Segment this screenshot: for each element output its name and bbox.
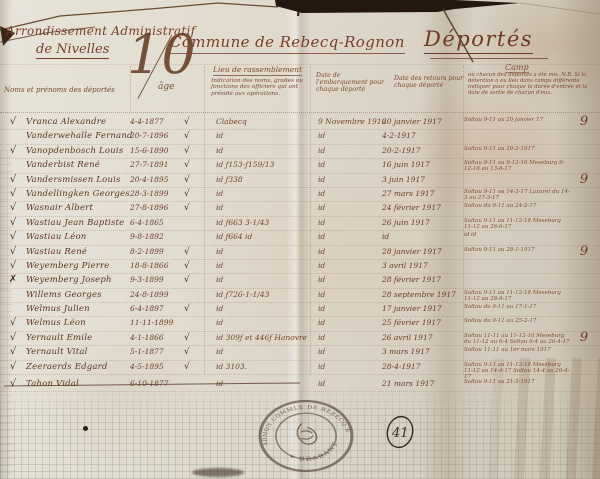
birth-date: 6-4-1897 xyxy=(130,303,184,315)
embarkation-date: id xyxy=(308,231,382,243)
deportee-name: Vandellingken Georges xyxy=(26,188,130,200)
table-row: √ Vandellingken Georges 28-3-1899 √ id i… xyxy=(0,188,600,202)
return-date: 3 mars 1917 xyxy=(382,346,464,358)
deportee-name: Welmus Léon xyxy=(26,317,130,329)
embarkation-date: id xyxy=(308,303,382,315)
birth-date: 6-4-1865 xyxy=(130,217,184,229)
camp-detail xyxy=(464,260,570,261)
embarkation-date: id xyxy=(308,274,382,286)
embarkation-date: id xyxy=(308,378,382,390)
row-check-mid: √ xyxy=(184,332,202,344)
col-header-return: Date des retours pour chaque déporté xyxy=(394,76,472,90)
table-row: √ Wastiau Jean Baptiste 6-4-1865 id ƒ663… xyxy=(0,217,600,231)
camp-detail: id id xyxy=(464,231,570,238)
camp-detail: Soltau 9-11 au 20 janvier 17 xyxy=(464,116,570,123)
row-check-mid: √ xyxy=(184,346,202,358)
row-check-mid: √ xyxy=(184,174,202,186)
row-check-mid: √ xyxy=(184,202,202,214)
embarkation-date: id xyxy=(308,145,382,157)
embarkation-date: id xyxy=(308,188,382,200)
margin-flourish: 9 xyxy=(570,116,598,128)
row-check-left: √ xyxy=(0,260,26,272)
embarkation-date: id xyxy=(308,202,382,214)
birth-date: 11-11-1899 xyxy=(130,317,184,329)
birth-date: 9-8-1892 xyxy=(130,231,184,243)
table-row: Welmus Julien 6-4-1897 √ id id 17 janvie… xyxy=(0,303,600,317)
deportee-name: Vandersmissen Louis xyxy=(26,174,130,186)
deportee-name: Wasnair Albert xyxy=(26,202,130,214)
assembly-place: id xyxy=(202,317,308,329)
deportee-name: Vranca Alexandre xyxy=(26,116,130,128)
return-date: 28 septembre 1917 xyxy=(382,289,464,301)
stamp-coat-of-arms xyxy=(294,422,318,446)
row-check-left: √ xyxy=(0,378,26,390)
return-date: 16 juin 1917 xyxy=(382,159,464,171)
table-row: Vanderbist René 27-7-1891 √ id ƒ153-ƒ159… xyxy=(0,159,600,173)
camp-detail: Soltau 9-11 au 11-12-16 Meseburg 11-12 a… xyxy=(464,289,570,302)
circled-number-value: 41 xyxy=(391,426,409,441)
table-row: √ Tahon Vidal 6-10-1877 id id 21 mars 19… xyxy=(0,378,600,392)
camp-detail: Soltau 9-11 au 20-2-1917 xyxy=(464,145,570,152)
deportee-name: Weyemberg Joseph xyxy=(26,274,130,286)
row-check-mid: √ xyxy=(184,188,202,200)
assembly-place: id ƒ726-1-1/43 xyxy=(202,289,308,301)
table-top-rule xyxy=(0,112,600,113)
deportee-name: Vanderwehalle Fernand xyxy=(26,130,130,142)
camp-detail: Soltau 9-11 au 9-12-16 Meseburg 9-12-16 … xyxy=(464,159,570,172)
deportee-name: Weyemberg Pierre xyxy=(26,260,130,272)
return-date: 27 mars 1917 xyxy=(382,188,464,200)
assembly-place: id xyxy=(202,274,308,286)
row-check-left: √ xyxy=(0,246,26,258)
assembly-place: id xyxy=(202,303,308,315)
birth-date: 8-2-1899 xyxy=(130,246,184,258)
embarkation-date: id xyxy=(308,361,382,373)
deportee-name: Willems Georges xyxy=(26,289,130,301)
camp-detail: Soltau du 9-11 au 24-2-17 xyxy=(464,202,570,209)
embarkation-date: id xyxy=(308,246,382,258)
embarkation-date: id xyxy=(308,317,382,329)
assembly-place: id xyxy=(202,260,308,272)
deportee-name: Wastiau Léon xyxy=(26,231,130,243)
table-row: √ Yernault Vital 5-1-1877 √ id id 3 mars… xyxy=(0,346,600,360)
document-sheet: Arrondissement Administratif de Nivelles… xyxy=(0,0,600,479)
row-check-mid: √ xyxy=(184,260,202,272)
embarkation-date: id xyxy=(308,346,382,358)
deportee-name: Yernault Vital xyxy=(26,346,130,358)
assembly-place: Clabecq xyxy=(202,116,308,128)
row-check-left: √ xyxy=(0,231,26,243)
table-row: √ Wastiau Léon 9-8-1892 id ƒ664 id id id… xyxy=(0,231,600,245)
return-date: 20-2-1917 xyxy=(382,145,464,157)
row-check-left: √ xyxy=(0,116,26,128)
embarkation-date: 9 Novembre 1916 xyxy=(308,116,382,128)
row-check-left: √ xyxy=(0,346,26,358)
return-date: id xyxy=(382,231,464,243)
margin-flourish: 9 xyxy=(570,246,598,258)
return-date: 17 janvier 1917 xyxy=(382,303,464,315)
return-date: 25 février 1917 xyxy=(382,317,464,329)
birth-date: 28-3-1899 xyxy=(130,188,184,200)
row-check-left: √ xyxy=(0,174,26,186)
row-check-left: √ xyxy=(0,332,26,344)
return-date: 24 février 1917 xyxy=(382,202,464,214)
deportee-name: Wastiau Jean Baptiste xyxy=(26,217,130,229)
col-header-lieu-note: Indication des noms, grades ou fonctions… xyxy=(211,78,315,97)
birth-date: 9-3-1899 xyxy=(130,274,184,286)
row-check-left: √ xyxy=(0,145,26,157)
assembly-place: id xyxy=(202,130,308,142)
assembly-place: id xyxy=(202,202,308,214)
row-check-mid: √ xyxy=(184,361,202,373)
camp-detail: Soltau du 9-11 au 25-2-17 xyxy=(464,317,570,324)
birth-date: 27-8-1896 xyxy=(130,202,184,214)
return-date: 28-4-1917 xyxy=(382,361,464,373)
assembly-place: id ƒ663 3-1/43 xyxy=(202,217,308,229)
row-check-left: √ xyxy=(0,188,26,200)
row-check-mid: √ xyxy=(184,303,202,315)
row-check-mid: √ xyxy=(184,246,202,258)
row-check-left: √ xyxy=(0,202,26,214)
birth-date: 4-1-1866 xyxy=(130,332,184,344)
camp-detail: Soltau 9-11 au 11-12-16 Meseburg 11-12 a… xyxy=(464,217,570,230)
region-subtitle: de Nivelles xyxy=(36,42,109,59)
camp-detail: Soltau 9-11 au 21-3-1917 xyxy=(464,378,570,385)
assembly-place: id ƒ153-ƒ159/13 xyxy=(202,159,308,171)
assembly-place: id 3103. xyxy=(202,361,308,373)
assembly-place: id 309ƒ et 446ƒ Hanovre xyxy=(202,332,308,344)
assembly-place: id xyxy=(202,145,308,157)
return-date: 3 juin 1917 xyxy=(382,174,464,186)
table-row: √ Yernault Emile 4-1-1866 √ id 309ƒ et 4… xyxy=(0,332,600,346)
embarkation-date: id xyxy=(308,159,382,171)
camp-detail: Soltau 9-11 au 14-3-17 Lazaret du 14-3 a… xyxy=(464,188,570,201)
ink-smudge xyxy=(192,468,244,477)
deportee-name: Vanderbist René xyxy=(26,159,130,171)
birth-date: 4-4-1877 xyxy=(130,116,184,128)
deportee-name: Zeeraerds Edgard xyxy=(26,361,130,373)
camp-detail xyxy=(464,174,570,175)
column-separator xyxy=(130,66,131,112)
col-header-lieu-title: Lieu de rassemblement xyxy=(213,65,302,76)
table-row: √ Welmus Léon 11-11-1899 id id 25 févrie… xyxy=(0,317,600,331)
assembly-place: id xyxy=(202,246,308,258)
birth-date: 5-1-1877 xyxy=(130,346,184,358)
camp-detail xyxy=(464,130,570,131)
camp-detail: Soltau 9-11 au 28-1-1917 xyxy=(464,246,570,253)
assembly-place: id ƒ338 xyxy=(202,174,308,186)
return-date: 20 janvier 1917 xyxy=(382,116,464,128)
col-header-age: âge xyxy=(158,82,174,92)
embarkation-date: id xyxy=(308,332,382,344)
deportee-name: Tahon Vidal xyxy=(26,378,130,390)
table-row: √ Weyemberg Pierre 18-8-1866 √ id id 3 a… xyxy=(0,260,600,274)
row-check-mid: √ xyxy=(184,130,202,142)
ink-dot xyxy=(83,426,88,431)
return-date: 4-2-1917 xyxy=(382,130,464,142)
deportee-name: Vanopdenbosch Louis xyxy=(26,145,130,157)
assembly-place: id xyxy=(202,188,308,200)
table-rows: √ Vranca Alexandre 4-4-1877 √ Clabecq 9 … xyxy=(0,116,600,392)
return-date: 26 avril 1917 xyxy=(382,332,464,344)
embarkation-date: id xyxy=(308,289,382,301)
row-check-left: √ xyxy=(0,317,26,329)
return-date: 28 janvier 1917 xyxy=(382,246,464,258)
return-date: 26 juin 1917 xyxy=(382,217,464,229)
table-row: √ Zeeraerds Edgard 4-5-1895 √ id 3103. i… xyxy=(0,361,600,375)
deportee-name: Welmus Julien xyxy=(26,303,130,315)
birth-date: 27-7-1891 xyxy=(130,159,184,171)
table-row: √ Vandersmissen Louis 20-4-1895 √ id ƒ33… xyxy=(0,174,600,188)
birth-date: 15-6-1890 xyxy=(130,145,184,157)
circled-number: 41 xyxy=(383,412,417,452)
birth-date: 18-8-1866 xyxy=(130,260,184,272)
deportee-name: Wastiau René xyxy=(26,246,130,258)
col-header-embarkation: Date de l'embarquement pour chaque dépor… xyxy=(316,73,388,94)
table-row: Vanderwehalle Fernand 20-7-1896 √ id id … xyxy=(0,130,600,144)
assembly-place: id ƒ664 id xyxy=(202,231,308,243)
municipal-stamp: ADMON COMMLE DE REBECQ-ROGNON ✶ BRABANT … xyxy=(256,398,356,474)
commune-title: Commune de Rebecq-Rognon xyxy=(170,33,405,54)
birth-date: 20-4-1895 xyxy=(130,174,184,186)
page-title-underline xyxy=(430,58,548,59)
camp-detail: Soltau du 9-11 au 17-1-17 xyxy=(464,303,570,310)
embarkation-date: id xyxy=(308,217,382,229)
row-check-left: ✗ xyxy=(0,274,26,286)
birth-date: 20-7-1896 xyxy=(130,130,184,142)
row-check-left: √ xyxy=(0,361,26,373)
birth-date: 6-10-1877 xyxy=(130,378,184,390)
row-check-mid: √ xyxy=(184,145,202,157)
embarkation-date: id xyxy=(308,130,382,142)
col-header-names: Noms et prénoms des déportés xyxy=(4,86,144,94)
camp-detail: Soltau 11-11 au 11-12-16 Meseburg du 11-… xyxy=(464,332,570,345)
return-date: 3 avril 1917 xyxy=(382,260,464,272)
assembly-place: id xyxy=(202,378,308,390)
birth-date: 24-8-1899 xyxy=(130,289,184,301)
embarkation-date: id xyxy=(308,260,382,272)
embarkation-date: id xyxy=(308,174,382,186)
table-row: √ Vranca Alexandre 4-4-1877 √ Clabecq 9 … xyxy=(0,116,600,130)
margin-flourish: 9 xyxy=(570,174,598,186)
camp-detail: Soltau 11-11 au 1er mars 1917 xyxy=(464,346,570,353)
return-date: 28 février 1917 xyxy=(382,274,464,286)
page-title: Déportés xyxy=(424,27,533,54)
camp-detail: Soltau 9-11 au 11-12-16 Meseburg 11-12 a… xyxy=(464,361,570,380)
col-header-camp-note: où chacun des déportés a été mis. N.B. S… xyxy=(468,73,595,97)
table-row: ✗ Weyemberg Joseph 9-3-1899 √ id id 28 f… xyxy=(0,274,600,288)
table-row: √ Vanopdenbosch Louis 15-6-1890 √ id id … xyxy=(0,145,600,159)
table-row: √ Wastiau René 8-2-1899 √ id id 28 janvi… xyxy=(0,246,600,260)
deportee-name: Yernault Emile xyxy=(26,332,130,344)
row-check-left: √ xyxy=(0,217,26,229)
table-row: Willems Georges 24-8-1899 id ƒ726-1-1/43… xyxy=(0,289,600,303)
row-check-mid: √ xyxy=(184,116,202,128)
table-row: √ Wasnair Albert 27-8-1896 √ id id 24 fé… xyxy=(0,202,600,216)
return-date: 21 mars 1917 xyxy=(382,378,464,390)
row-check-mid: √ xyxy=(184,274,202,286)
birth-date: 4-5-1895 xyxy=(130,361,184,373)
assembly-place: id xyxy=(202,346,308,358)
row-check-mid: √ xyxy=(184,159,202,171)
margin-flourish: 9 xyxy=(570,332,598,344)
header-rule xyxy=(0,64,600,65)
camp-detail xyxy=(464,274,570,275)
